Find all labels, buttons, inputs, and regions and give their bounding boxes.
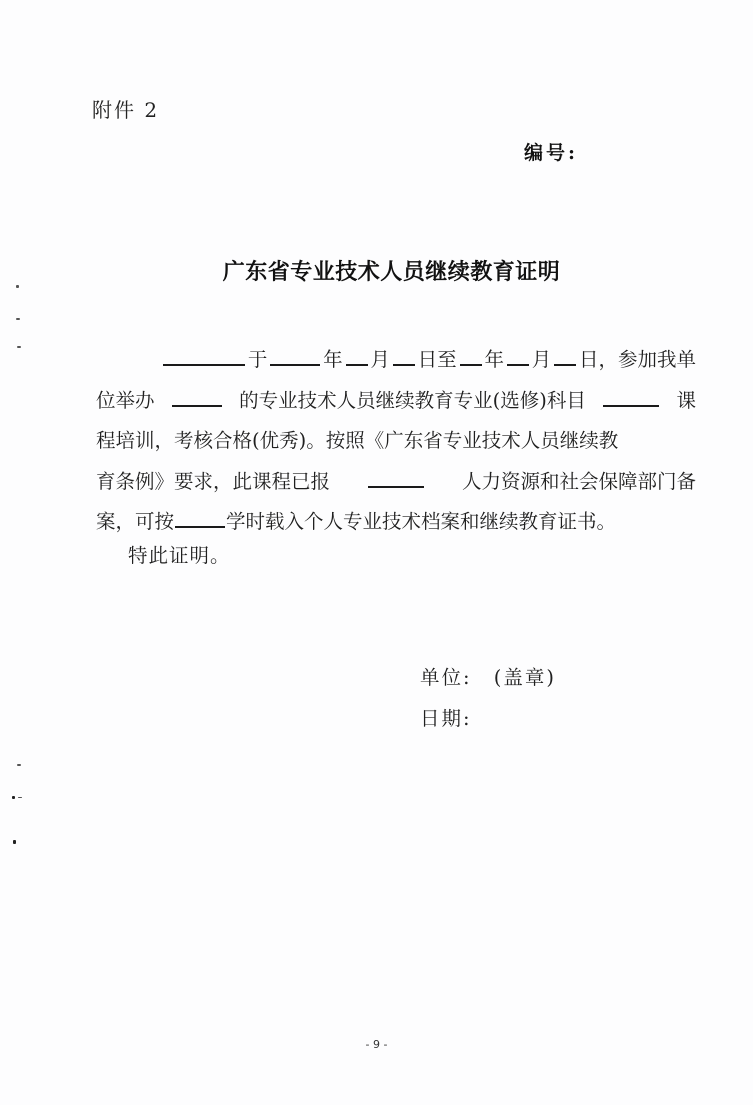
blank-end-month[interactable]	[507, 344, 529, 366]
seal-note: (盖章)	[494, 666, 556, 689]
text-segment: 于	[248, 340, 268, 381]
blank-organizer[interactable]	[172, 385, 222, 407]
blank-end-day[interactable]	[554, 344, 576, 366]
scan-speck	[16, 318, 20, 320]
text-segment: 的专业技术人员继续教育专业(选修)科目	[239, 381, 586, 422]
blank-end-year[interactable]	[460, 344, 482, 366]
paragraph-line-2: 位举办 的专业技术人员继续教育专业(选修)科目 课	[96, 381, 696, 422]
page-number: - 9 -	[0, 1038, 753, 1051]
text-segment: 案，可按	[96, 502, 174, 543]
text-segment: 育条例》要求，此课程已报	[96, 462, 330, 503]
text-segment: 位举办	[96, 381, 155, 422]
text-segment: 年	[323, 340, 343, 381]
serial-number-label: 编号:	[524, 138, 578, 165]
text-segment: 日，参加我单	[579, 340, 696, 381]
blank-start-month[interactable]	[346, 344, 368, 366]
blank-start-year[interactable]	[270, 344, 320, 366]
scan-speck	[16, 285, 19, 288]
paragraph-line-5: 案，可按 学时载入个人专业技术档案和继续教育证书。	[96, 502, 696, 543]
blank-registry-authority[interactable]	[368, 466, 424, 488]
paragraph-line-4: 育条例》要求，此课程已报 人力资源和社会保障部门备	[96, 462, 696, 503]
document-title: 广东省专业技术人员继续教育证明	[0, 255, 753, 286]
certificate-paragraph: 于 年 月 日至 年 月 日，参加我单 位举办 的专业技术人员继续教育专业(选修…	[96, 340, 696, 543]
scan-speck	[12, 796, 15, 799]
scan-speck	[18, 797, 22, 798]
text-segment: 月	[532, 340, 552, 381]
text-segment: 课	[676, 381, 696, 422]
date-label: 日期:	[420, 707, 472, 730]
text-segment: 月	[370, 340, 390, 381]
text-segment: 程培训，考核合格(优秀)。按照《广东省专业技术人员继续教	[96, 421, 618, 462]
signature-date: 日期:	[420, 703, 472, 731]
text-segment: 学时载入个人专业技术档案和继续教育证书。	[226, 502, 616, 543]
document-page: 附件 2 编号: 广东省专业技术人员继续教育证明 于 年 月 日至 年 月 日，…	[0, 0, 753, 1105]
text-segment: 人力资源和社会保障部门备	[462, 462, 696, 503]
text-segment: 年	[484, 340, 504, 381]
unit-label: 单位:	[420, 666, 472, 689]
blank-credit-hours[interactable]	[175, 506, 225, 528]
blank-name-field[interactable]	[163, 344, 245, 366]
closing-statement: 特此证明。	[128, 540, 231, 568]
signature-unit: 单位: (盖章)	[420, 662, 556, 690]
attachment-label: 附件 2	[92, 94, 159, 123]
scan-speck	[17, 764, 21, 766]
blank-start-day[interactable]	[393, 344, 415, 366]
scan-speck	[13, 840, 16, 844]
scan-speck	[17, 346, 21, 348]
paragraph-line-3: 程培训，考核合格(优秀)。按照《广东省专业技术人员继续教	[96, 421, 696, 462]
text-segment: 日至	[418, 340, 457, 381]
paragraph-line-1: 于 年 月 日至 年 月 日，参加我单	[96, 340, 696, 381]
blank-course-subject[interactable]	[603, 385, 659, 407]
